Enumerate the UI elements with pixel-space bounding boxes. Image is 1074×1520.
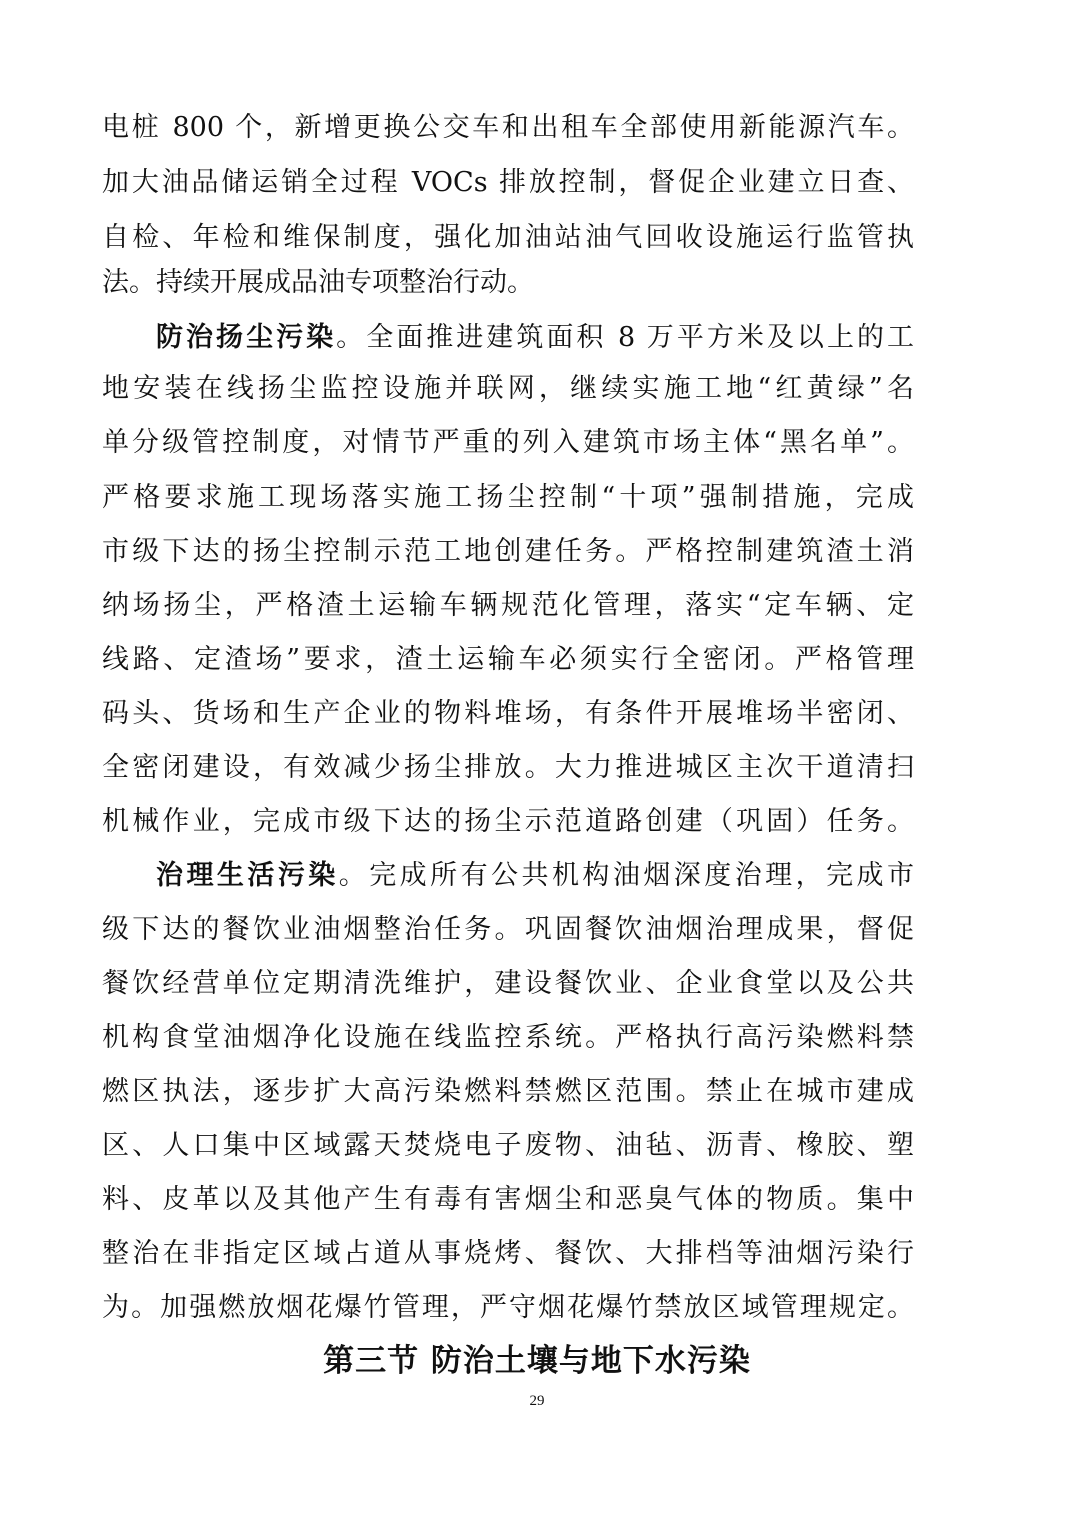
section-heading: 第三节 防治土壤与地下水污染 [0,1335,1074,1380]
text-line: 纳场扬尘，严格渣土运输车辆规范化管理，落实“定车辆、定 [102,586,914,626]
text-line: 线路、定渣场”要求，渣土运输车必须实行全密闭。严格管理 [102,640,914,680]
text-line: 机械作业，完成市级下达的扬尘示范道路创建（巩固）任务。 [102,802,914,842]
text-line: 严格要求施工现场落实施工扬尘控制“十项”强制措施，完成 [102,478,914,518]
page-number: 29 [0,1393,1074,1410]
text-line: 为。加强燃放烟花爆竹管理，严守烟花爆竹禁放区域管理规定。 [102,1288,914,1328]
text-line: 加大油品储运销全过程 VOCs 排放控制，督促企业建立日查、 [102,163,914,203]
text-line: 法。持续开展成品油专项整治行动。 [102,263,914,303]
text-line: 级下达的餐饮业油烟整治任务。巩固餐饮油烟治理成果，督促 [102,910,914,950]
text-line: 燃区执法，逐步扩大高污染燃料禁燃区范围。禁止在城市建成 [102,1072,914,1112]
paragraph-first-line: 治理生活污染。完成所有公共机构油烟深度治理，完成市 [156,856,914,896]
paragraph-first-line: 防治扬尘污染。全面推进建筑面积 8 万平方米及以上的工 [156,318,914,358]
text-line: 机构食堂油烟净化设施在线监控系统。严格执行高污染燃料禁 [102,1018,914,1058]
text-line: 电桩 800 个，新增更换公交车和出租车全部使用新能源汽车。 [102,108,914,148]
text-line: 料、皮革以及其他产生有毒有害烟尘和恶臭气体的物质。集中 [102,1180,914,1220]
text-line: 整治在非指定区域占道从事烧烤、餐饮、大排档等油烟污染行 [102,1234,914,1274]
text-line: 码头、货场和生产企业的物料堆场，有条件开展堆场半密闭、 [102,694,914,734]
paragraph-heading: 防治扬尘污染 [156,322,336,353]
text-line: 地安装在线扬尘监控设施并联网，继续实施工地“红黄绿”名 [102,369,914,409]
text-span: 。完成所有公共机构油烟深度治理，完成市 [339,860,914,891]
text-line: 餐饮经营单位定期清洗维护，建设餐饮业、企业食堂以及公共 [102,964,914,1004]
document-page: 电桩 800 个，新增更换公交车和出租车全部使用新能源汽车。 加大油品储运销全过… [0,0,1074,1520]
text-line: 市级下达的扬尘控制示范工地创建任务。严格控制建筑渣土消 [102,532,914,572]
text-line: 单分级管控制度，对情节严重的列入建筑市场主体“黑名单”。 [102,423,914,463]
text-span: 。全面推进建筑面积 8 万平方米及以上的工 [336,322,914,353]
text-line: 全密闭建设，有效减少扬尘排放。大力推进城区主次干道清扫 [102,748,914,788]
text-line: 区、人口集中区域露天焚烧电子废物、油毡、沥青、橡胶、塑 [102,1126,914,1166]
paragraph-heading: 治理生活污染 [156,860,339,891]
text-line: 自检、年检和维保制度，强化加油站油气回收设施运行监管执 [102,218,914,258]
